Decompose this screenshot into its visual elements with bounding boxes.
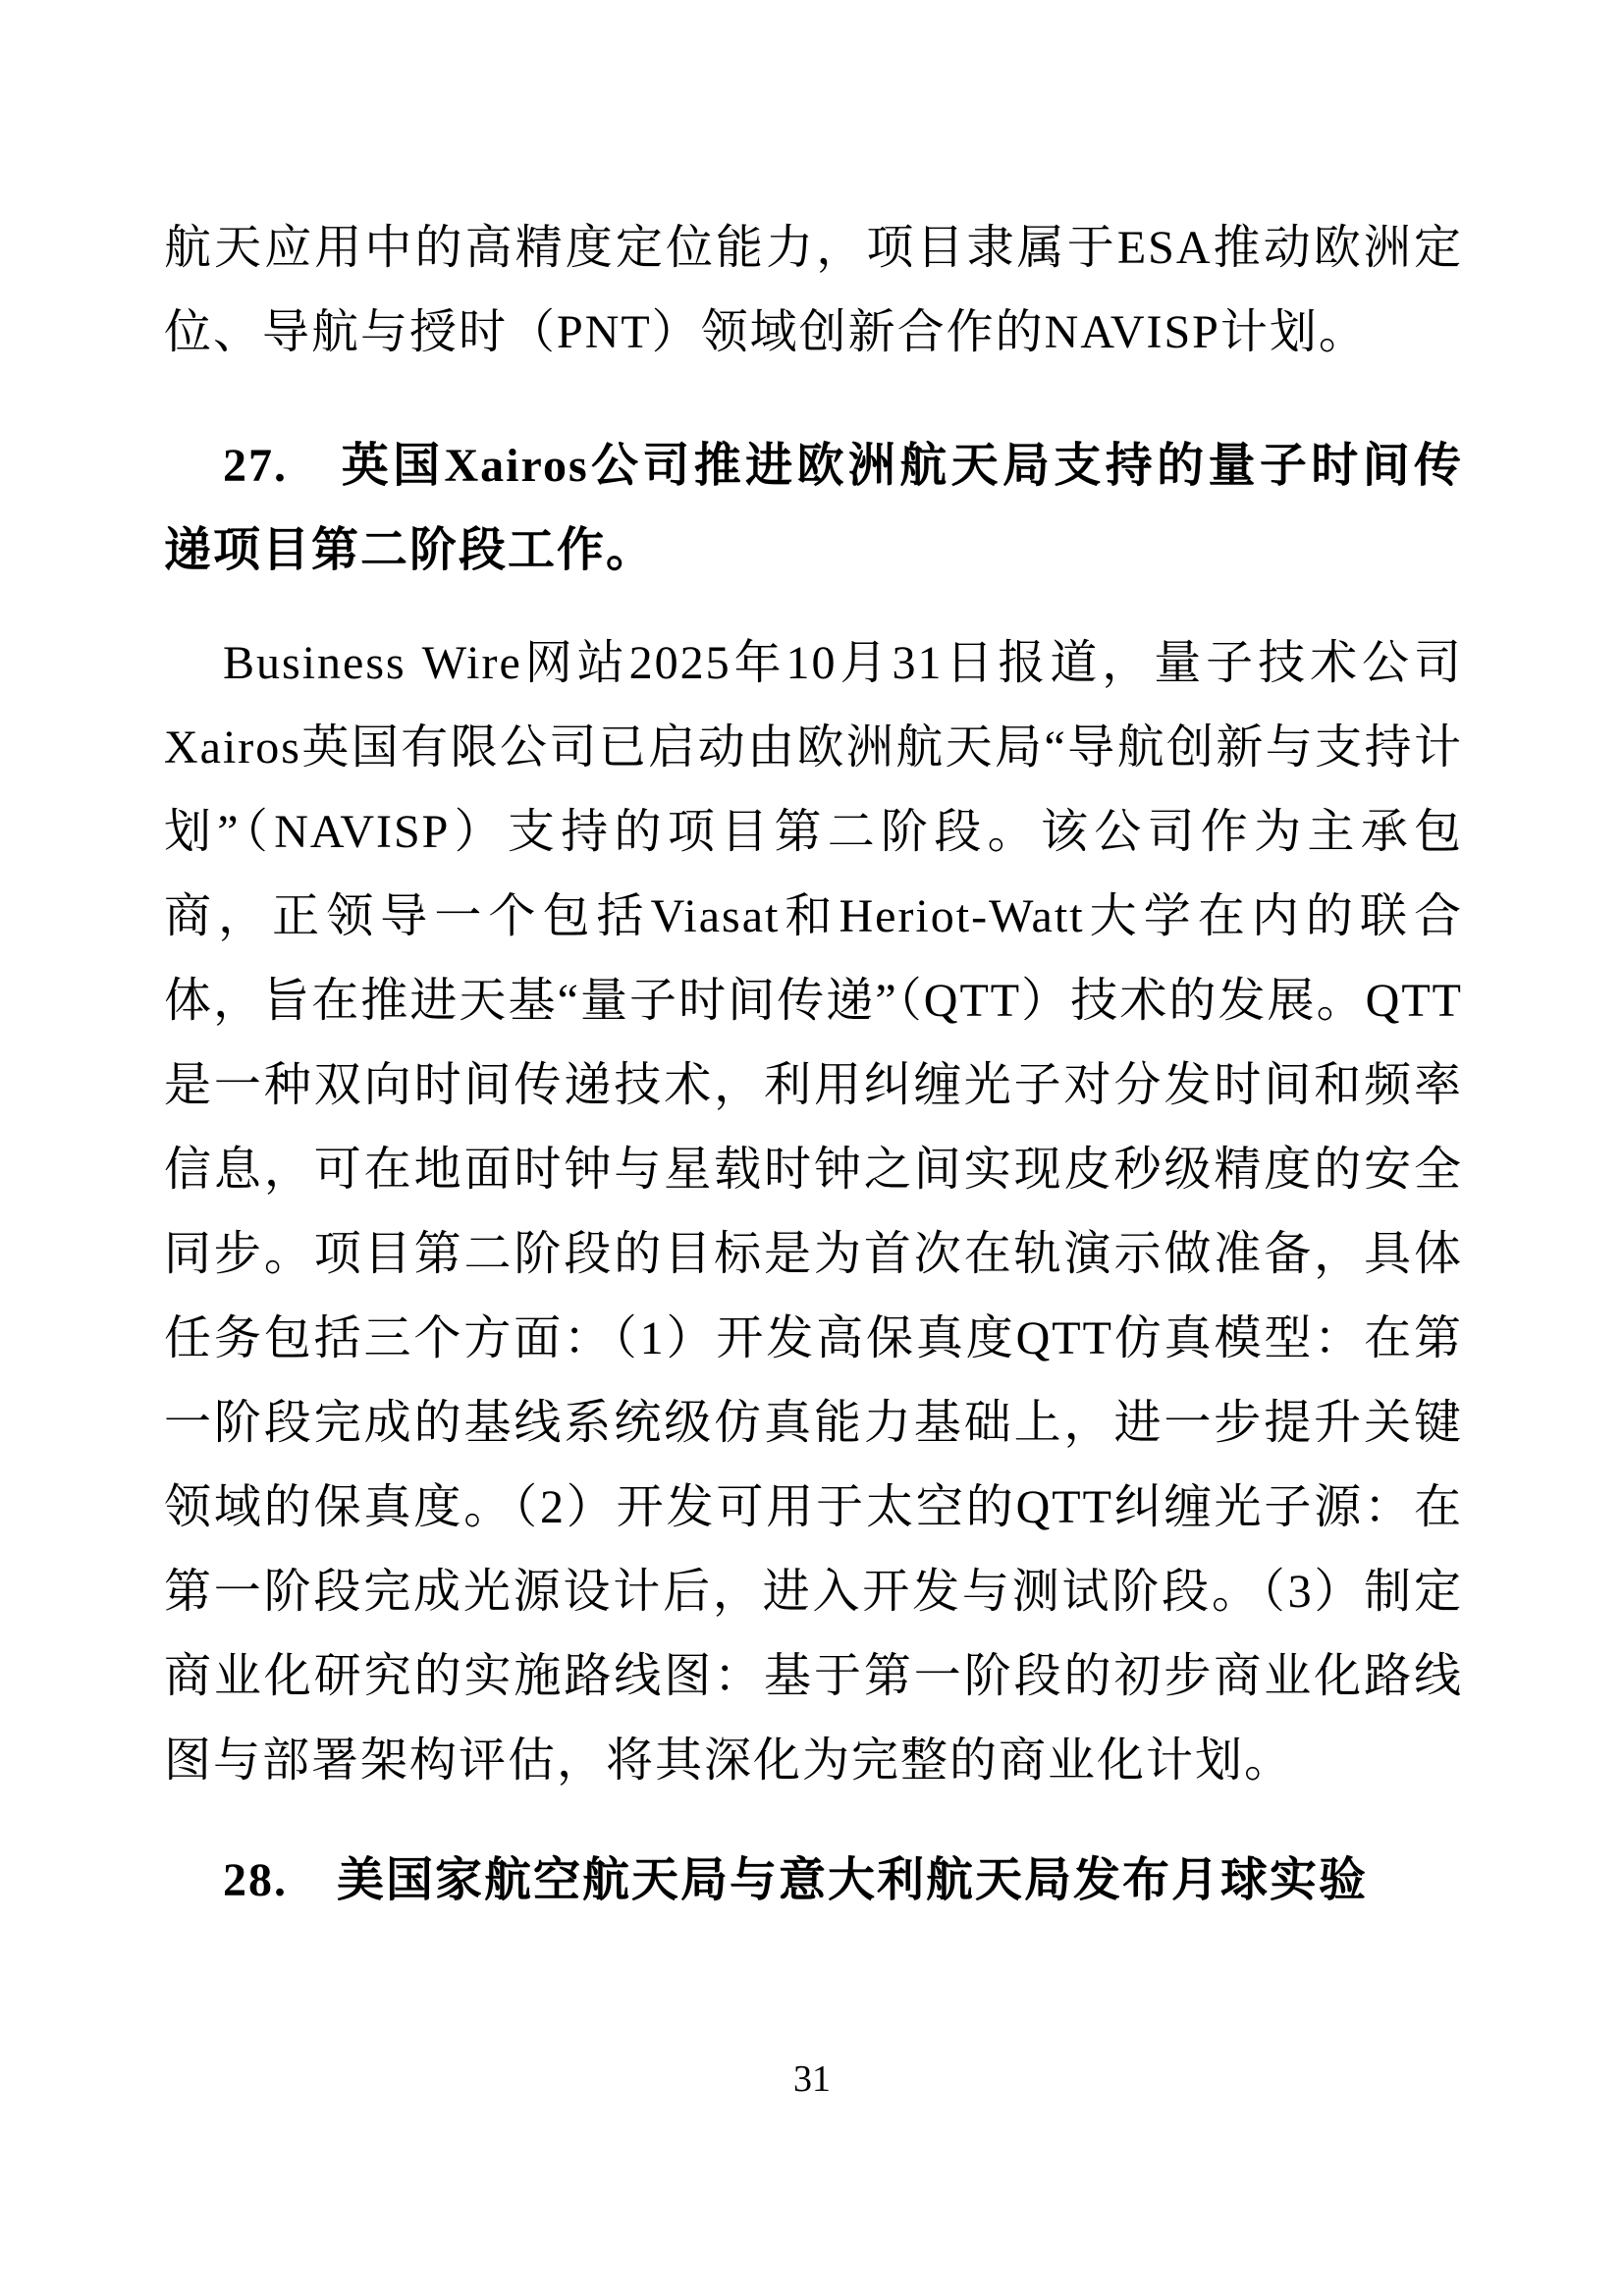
section-27-body: Business Wire网站2025年10月31日报道，量子技术公司Xairo… xyxy=(164,621,1463,1803)
section-28-heading: 28. 美国家航空航天局与意大利航天局发布月球实验 xyxy=(164,1839,1463,1923)
document-page: 航天应用中的高精度定位能力，项目隶属于ESA推动欧洲定位、导航与授时（PNT）领… xyxy=(0,0,1624,2296)
continuation-paragraph: 航天应用中的高精度定位能力，项目隶属于ESA推动欧洲定位、导航与授时（PNT）领… xyxy=(164,206,1463,375)
section-27-heading: 27. 英国Xairos公司推进欧洲航天局支持的量子时间传递项目第二阶段工作。 xyxy=(164,424,1463,593)
page-number: 31 xyxy=(0,2059,1624,2099)
